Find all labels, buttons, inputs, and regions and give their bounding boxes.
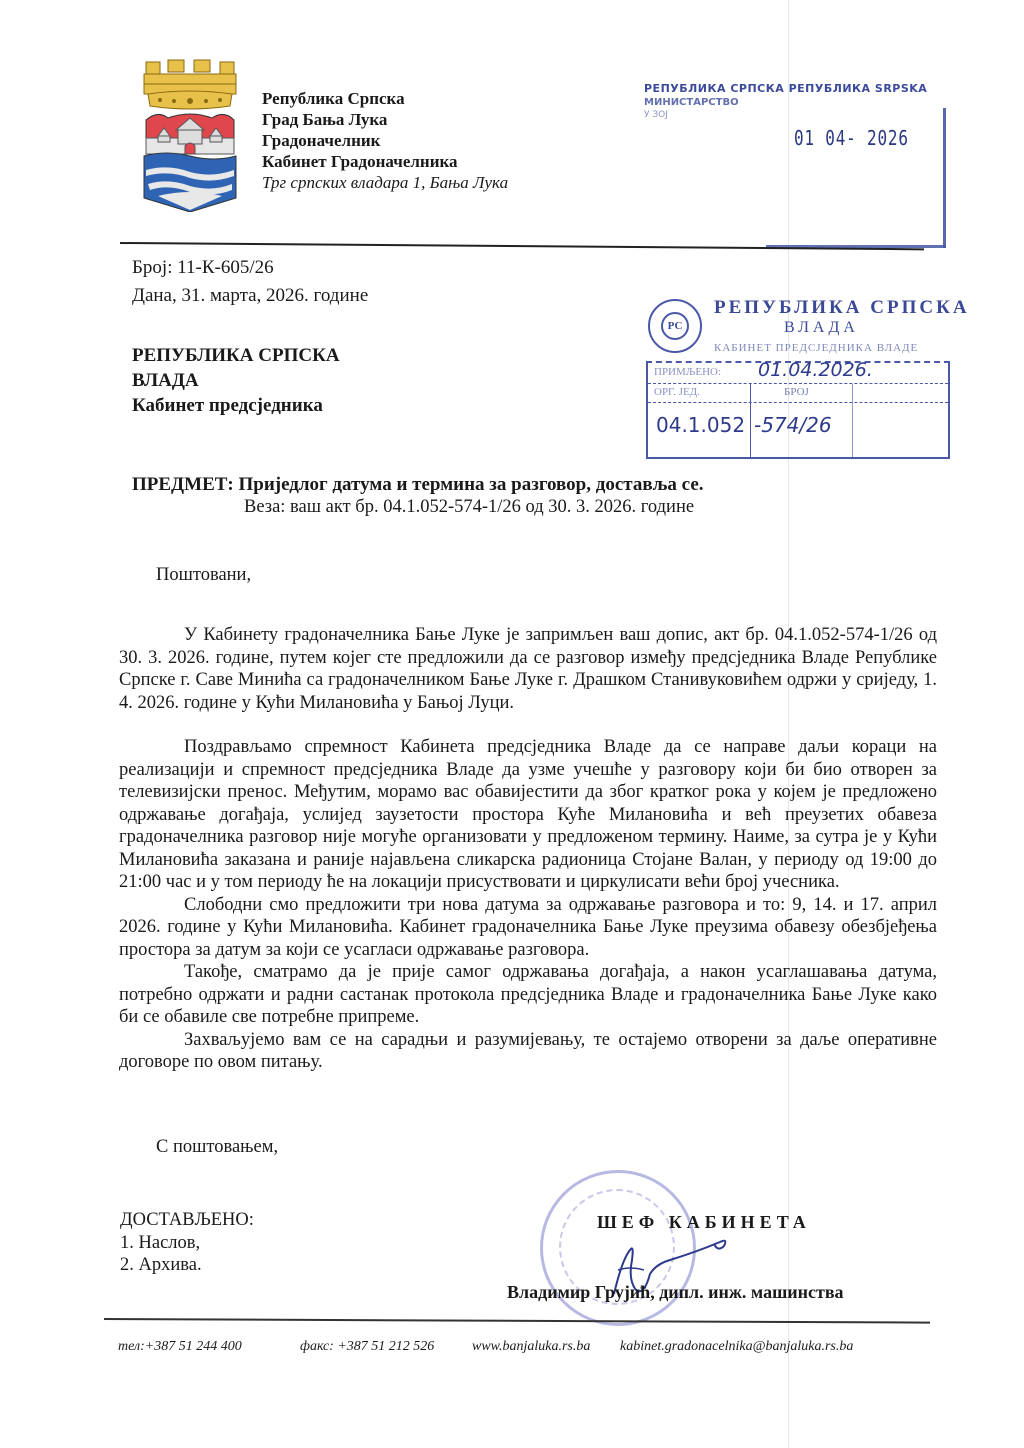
- footer-divider: [104, 1318, 930, 1324]
- delivered-item: 1. Наслов,: [120, 1232, 254, 1255]
- ministry-receipt-stamp: РЕПУБЛИКА СРПСКА РЕПУБЛИКА SRPSKA МИНИСТ…: [644, 80, 946, 248]
- stamp-subtitle: МИНИСТАРСТВО: [644, 97, 739, 108]
- reference-date: Дана, 31. марта, 2026. године: [132, 282, 368, 310]
- subject-line: ПРЕДМЕТ: Приједлог датума и термина за р…: [132, 474, 704, 496]
- letterhead-line: Град Бања Лука: [262, 109, 508, 130]
- government-seal-icon: РС: [648, 299, 702, 353]
- footer-phone: тел:+387 51 244 400: [118, 1339, 242, 1355]
- stamp-grid: ПРИМЉЕНО: 01.04.2026. ОРГ. ЈЕД. БРОЈ 04.…: [646, 361, 950, 459]
- body-paragraph: Захваљујемо вам се на сарадњи и разумије…: [119, 1029, 937, 1074]
- addressee-line: РЕПУБЛИКА СРПСКА: [132, 343, 340, 368]
- number-value: -574/26: [754, 413, 832, 437]
- seal-monogram: РС: [661, 312, 689, 340]
- delivered-item: 2. Архива.: [120, 1254, 254, 1277]
- addressee-line: ВЛАДА: [132, 368, 340, 393]
- government-receipt-stamp: РС РЕПУБЛИКА СРПСКА ВЛАДА КАБИНЕТ ПРЕДСЈ…: [638, 295, 956, 461]
- document-reference: Број: 11-К-605/26 Дана, 31. марта, 2026.…: [132, 254, 368, 310]
- addressee-line: Кабинет предсједника: [132, 393, 340, 418]
- subject-reference: Веза: ваш акт бр. 04.1.052-574-1/26 од 3…: [244, 497, 694, 518]
- stamp-subtitle: ВЛАДА: [784, 319, 859, 337]
- reference-number: Број: 11-К-605/26: [132, 254, 368, 282]
- addressee-block: РЕПУБЛИКА СРПСКА ВЛАДА Кабинет предсједн…: [132, 343, 340, 418]
- org-unit-value: 04.1.052: [656, 413, 745, 437]
- number-label: БРОЈ: [784, 386, 809, 398]
- footer-email[interactable]: kabinet.gradonacelnika@banjaluka.rs.ba: [620, 1339, 853, 1355]
- letterhead-line: Кабинет Градоначелника: [262, 151, 508, 172]
- letterhead: Република Српска Град Бања Лука Градонач…: [262, 88, 508, 193]
- coat-of-arms-icon: [138, 58, 242, 212]
- org-unit-label: ОРГ. ЈЕД.: [654, 386, 700, 398]
- received-label: ПРИМЉЕНО:: [654, 366, 721, 378]
- stamp-title: РЕПУБЛИКА СРПСКА РЕПУБЛИКА SRPSKA: [644, 82, 927, 95]
- stamp-border: [943, 108, 946, 248]
- letterhead-address: Трг српских владара 1, Бања Лука: [262, 172, 508, 193]
- body-paragraph: Такође, сматрамо да је прије самог одржа…: [119, 961, 937, 1029]
- footer-website[interactable]: www.banjaluka.rs.ba: [472, 1339, 590, 1355]
- stamp-date: 01 04- 2026: [794, 126, 909, 150]
- delivered-title: ДОСТАВЉЕНО:: [120, 1209, 254, 1232]
- body-paragraph: Слободни смо предложити три нова датума …: [119, 894, 937, 962]
- stamp-line: У ЗОЈ: [644, 110, 668, 120]
- letterhead-line: Градоначелник: [262, 130, 508, 151]
- closing: С поштовањем,: [156, 1137, 278, 1158]
- signatory-name: Владимир Грујић, дипл. инж. машинства: [507, 1282, 844, 1303]
- letter-body: У Кабинету градоначелника Бање Луке је з…: [119, 624, 937, 1074]
- stamp-title: РЕПУБЛИКА СРПСКА: [714, 297, 970, 319]
- footer-fax: факс: +387 51 212 526: [300, 1339, 434, 1355]
- greeting: Поштовани,: [156, 565, 251, 586]
- received-date: 01.04.2026.: [758, 359, 873, 381]
- body-paragraph: Поздрављамо спремност Кабинета предсједн…: [119, 736, 937, 894]
- body-paragraph: У Кабинету градоначелника Бање Луке је з…: [119, 624, 937, 714]
- letterhead-line: Република Српска: [262, 88, 508, 109]
- delivered-to: ДОСТАВЉЕНО: 1. Наслов, 2. Архива.: [120, 1209, 254, 1277]
- stamp-office: КАБИНЕТ ПРЕДСЈЕДНИКА ВЛАДЕ: [714, 342, 918, 354]
